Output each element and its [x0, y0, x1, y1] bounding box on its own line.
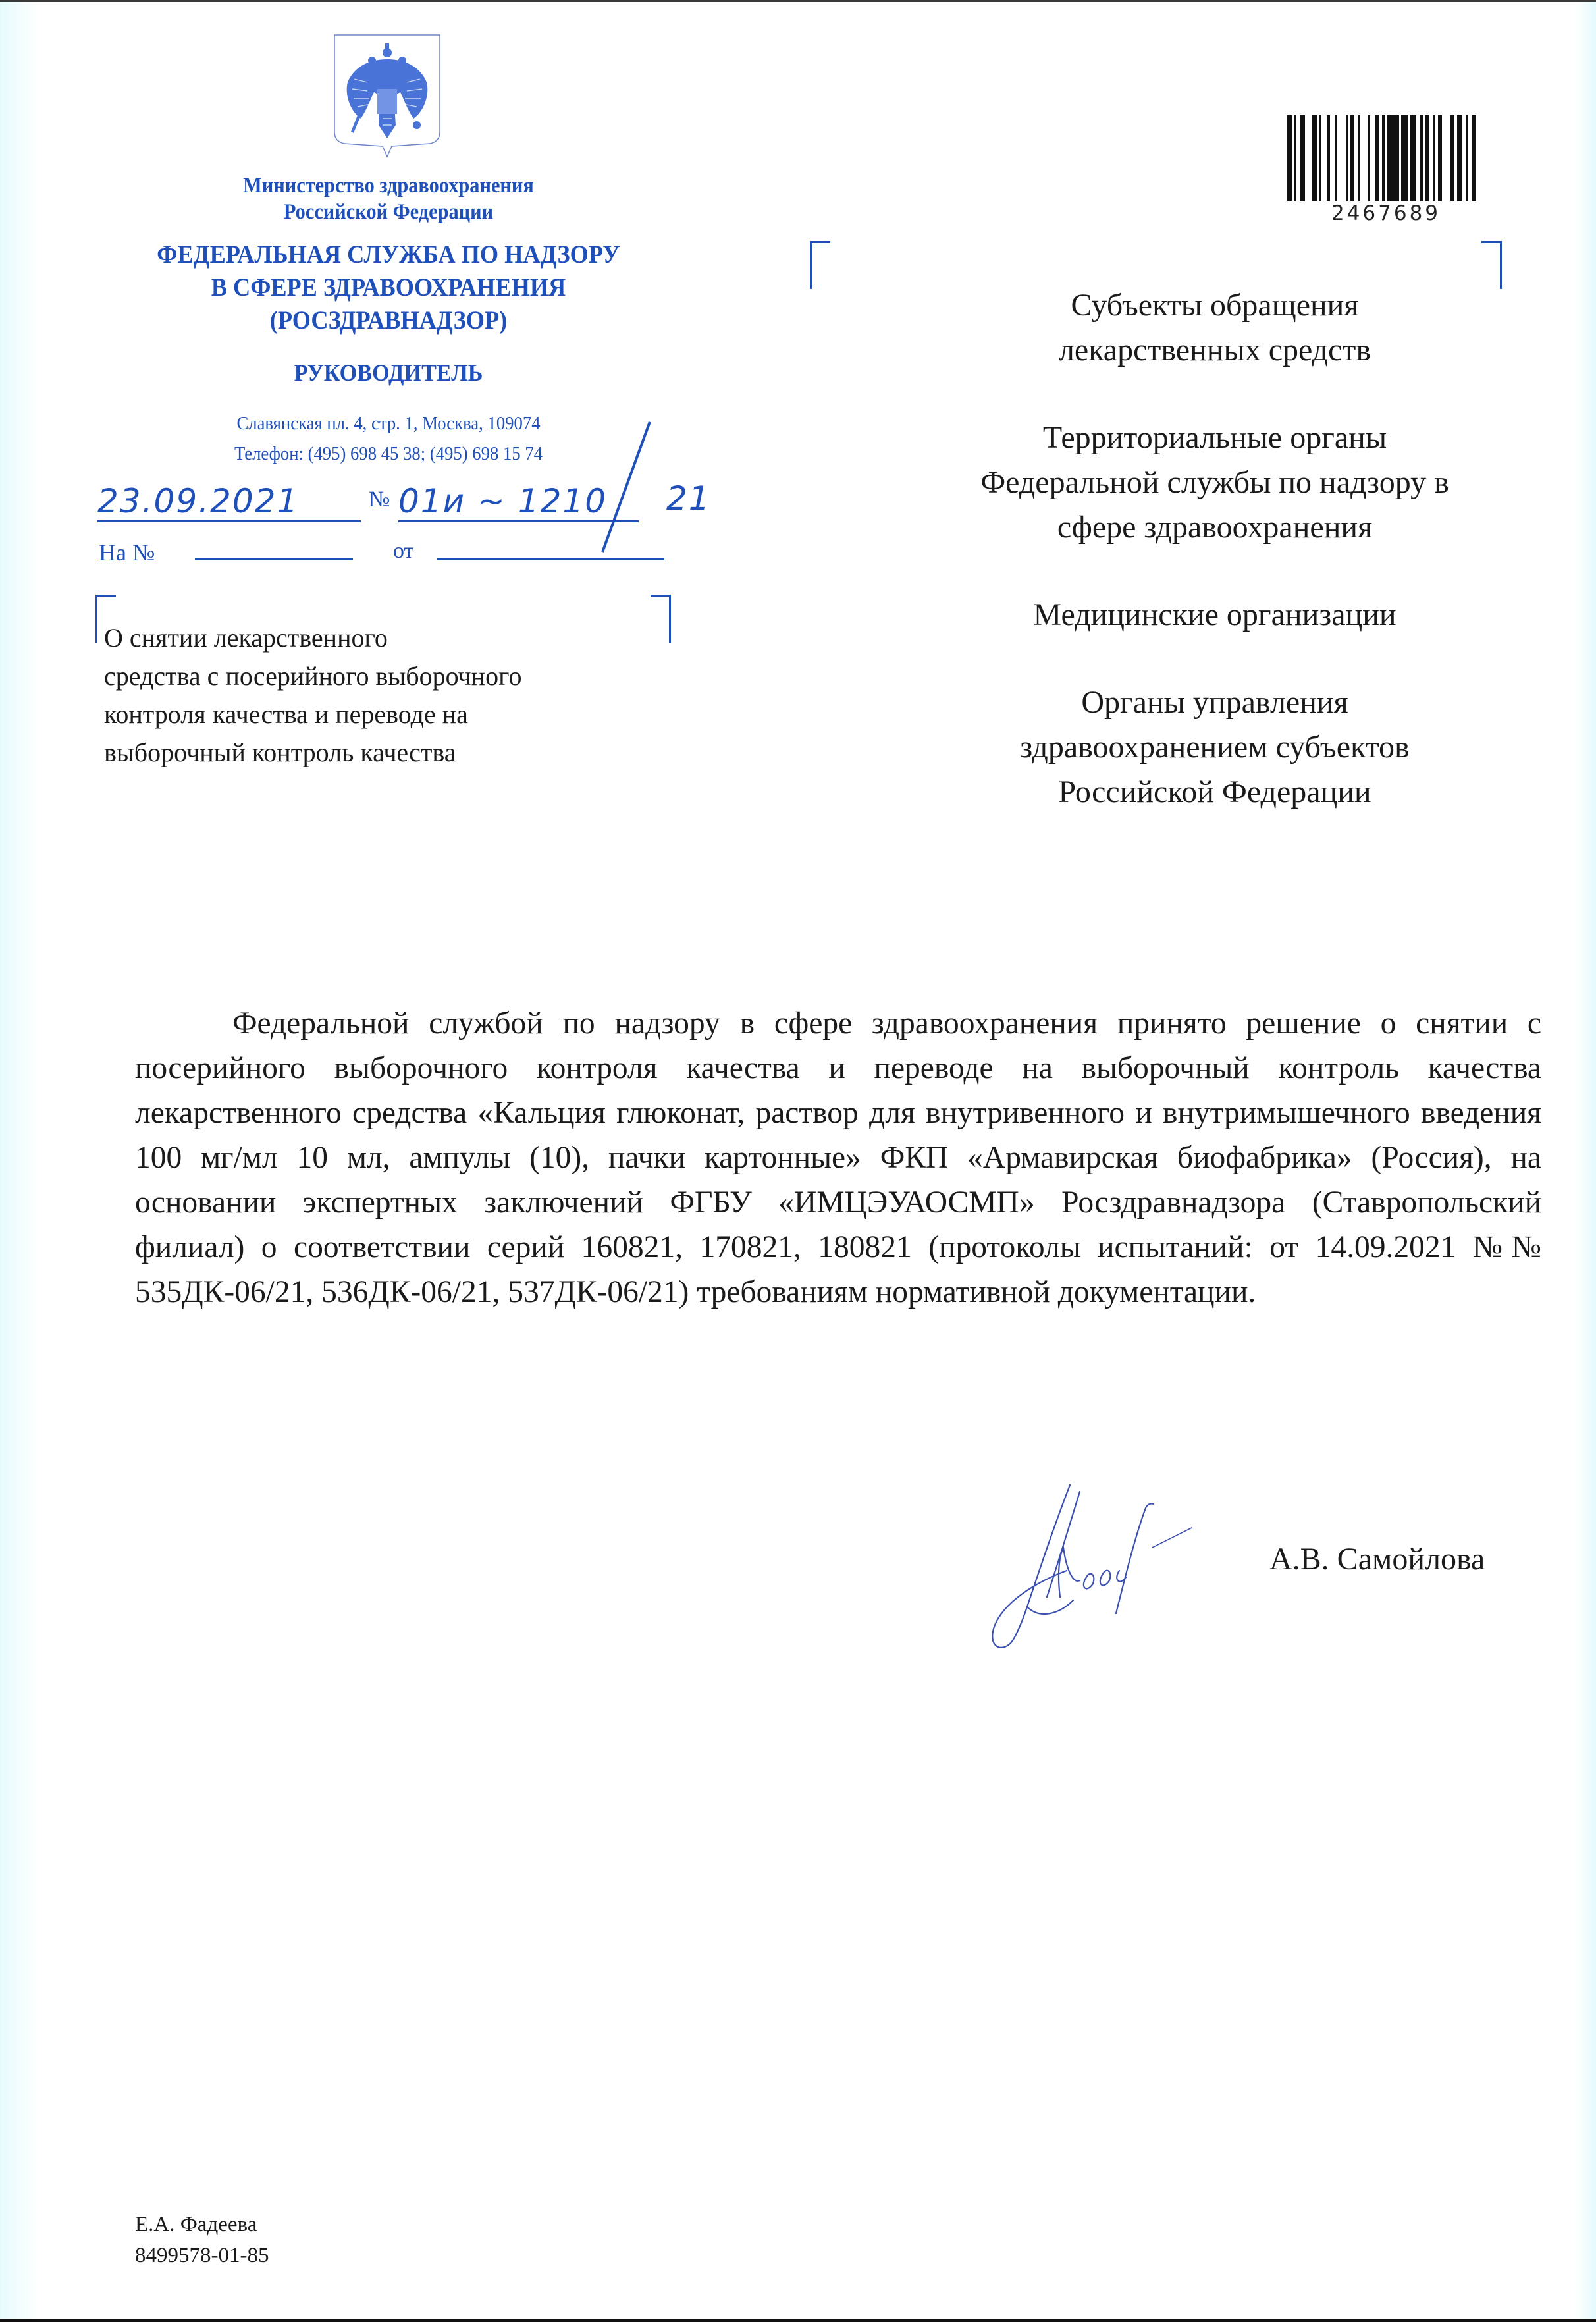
scan-tint-left	[0, 0, 40, 2322]
number-year: 21	[666, 479, 711, 518]
body-paragraph: Федеральной службой по надзору в сфере з…	[135, 1001, 1541, 1314]
number-value: 01и ~ 1210	[398, 482, 607, 520]
barcode	[1287, 115, 1485, 201]
subject-line: выборочный контроль качества	[104, 734, 697, 772]
phone: Телефон: (495) 698 45 38; (495) 698 15 7…	[86, 439, 691, 469]
signer-name: А.В. Самойлова	[1269, 1541, 1485, 1577]
addressee-line: Территориальные органы	[876, 416, 1554, 460]
scan-tint-right	[1576, 0, 1596, 2322]
date-value: 23.09.2021	[97, 482, 299, 520]
barcode-number: 2467689	[1287, 202, 1485, 225]
subject-line: контроля качества и переводе на	[104, 695, 697, 734]
subject: О снятии лекарственного средства с посер…	[104, 619, 697, 772]
addressee: Органы управления здравоохранением субъе…	[876, 680, 1554, 815]
reference-date-field	[437, 558, 664, 560]
reference-from-label: от	[393, 539, 413, 564]
addressee-line: сфере здравоохранения	[876, 505, 1554, 550]
addressee-list: Субъекты обращения лекарственных средств…	[876, 283, 1554, 857]
position-title: РУКОВОДИТЕЛЬ	[76, 359, 701, 387]
addressee-line: лекарственных средств	[876, 328, 1554, 373]
number-sign: №	[369, 487, 390, 512]
subject-line: О снятии лекарственного	[104, 619, 697, 657]
scan-edge-bottom	[0, 2319, 1596, 2322]
reference-label: На №	[99, 539, 155, 566]
number-field: 01и ~ 1210	[398, 482, 639, 522]
addressee-bracket-left	[810, 241, 830, 289]
ministry-name-line1: Министерство здравоохранения	[86, 173, 691, 199]
service-name-line1: ФЕДЕРАЛЬНАЯ СЛУЖБА ПО НАДЗОРУ	[82, 238, 695, 271]
addressee-line: Медицинские организации	[876, 593, 1554, 637]
addressee-bracket-right	[1481, 241, 1502, 289]
addressee-line: Федеральной службы по надзору в	[876, 460, 1554, 505]
reference-number-field	[195, 558, 353, 560]
addressee-line: здравоохранением субъектов	[876, 725, 1554, 770]
executor-info: Е.А. Фадеева 8499578-01-85	[135, 2209, 269, 2271]
scan-edge-top	[0, 0, 1596, 2]
executor-phone: 8499578-01-85	[135, 2240, 269, 2271]
coat-of-arms-icon	[331, 33, 443, 158]
subject-line: средства с посерийного выборочного	[104, 657, 697, 695]
executor-name: Е.А. Фадеева	[135, 2209, 269, 2240]
addressee-line: Органы управления	[876, 680, 1554, 725]
ministry-name-line2: Российской Федерации	[86, 199, 691, 225]
service-name-line3: (РОСЗДРАВНАДЗОР)	[82, 304, 695, 337]
service-name-line2: В СФЕРЕ ЗДРАВООХРАНЕНИЯ	[82, 271, 695, 304]
letter-body: Федеральной службой по надзору в сфере з…	[135, 1001, 1541, 1314]
addressee-line: Российской Федерации	[876, 770, 1554, 815]
addressee: Медицинские организации	[876, 593, 1554, 637]
handwritten-signature-icon	[974, 1455, 1271, 1666]
addressee: Территориальные органы Федеральной служб…	[876, 416, 1554, 550]
address: Славянская пл. 4, стр. 1, Москва, 109074	[86, 408, 691, 439]
barcode-icon	[1287, 115, 1485, 201]
date-field: 23.09.2021	[97, 482, 361, 522]
addressee: Субъекты обращения лекарственных средств	[876, 283, 1554, 373]
addressee-line: Субъекты обращения	[876, 283, 1554, 328]
